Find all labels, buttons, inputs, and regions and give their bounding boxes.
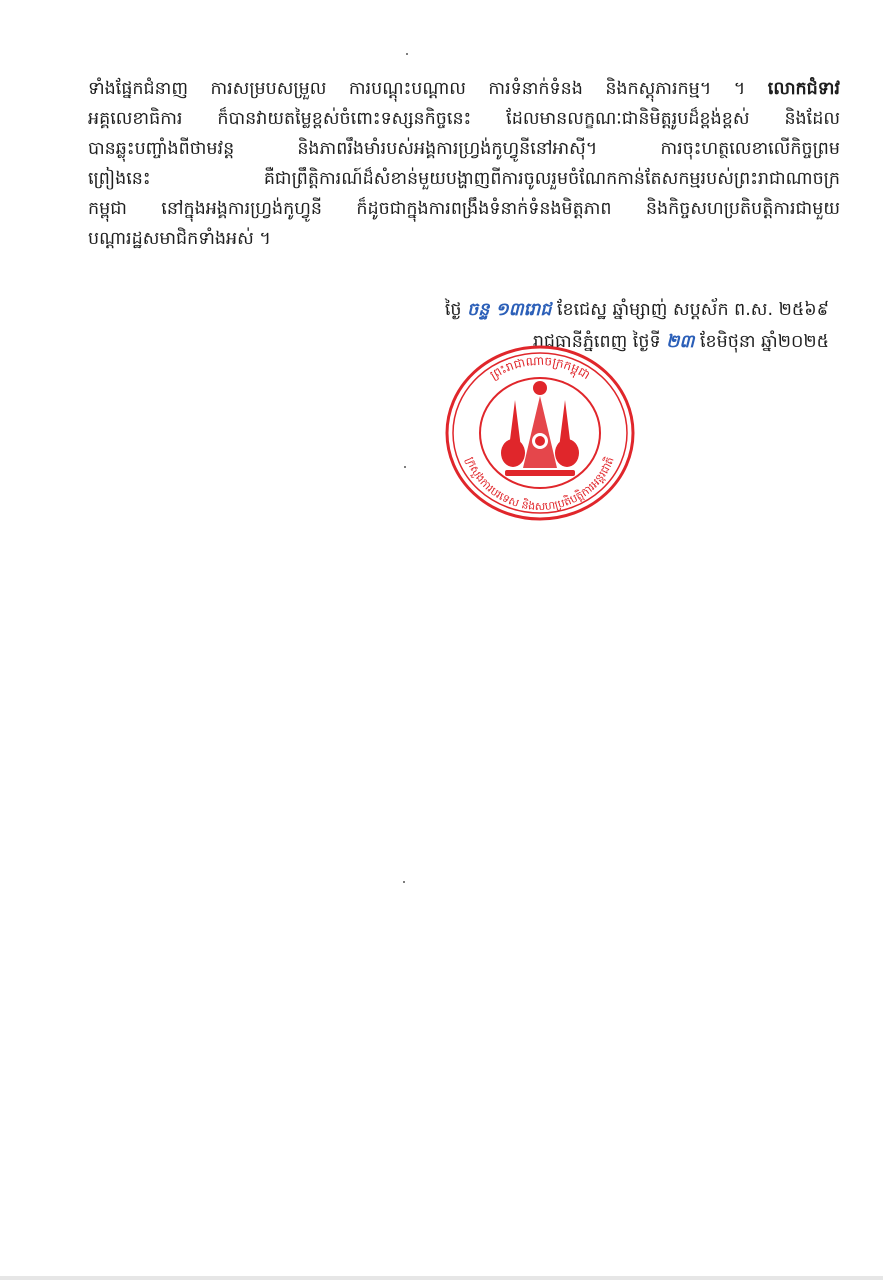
lunar-date: ថ្ងៃ ចន្ទ ១៣រោជ ខែជេស្ឋ ឆ្នាំម្សាញ់ សប្ត… xyxy=(445,298,829,324)
honorific: លោកជំទាវ xyxy=(768,79,840,99)
scan-dot xyxy=(406,53,408,55)
scan-dot xyxy=(403,881,405,883)
paragraph-line: កម្ពុជា នៅក្នុងអង្គការហ្វ្រង់កូហ្វូនី ក៏… xyxy=(88,194,840,224)
scan-dot xyxy=(404,466,406,468)
paragraph-line: បានឆ្លុះបញ្ចាំងពីថាមវន្ត និងភាពរឹងមាំរបស… xyxy=(88,134,840,164)
handwritten-day: ចន្ទ ១៣រោជ xyxy=(467,300,551,320)
handwritten-day: ២៣ xyxy=(666,332,694,352)
paragraph-line: ព្រៀងនេះ គឺជាព្រឹត្តិការណ៍ដ៏សំខាន់មួយបង្… xyxy=(88,164,840,194)
official-seal-icon: ព្រះរាជាណាចក្រកម្ពុជា ក្រសួងការបរទេស និង… xyxy=(443,338,638,523)
paragraph-line: ទាំងផ្នែកជំនាញ ការសម្របសម្រួល ការបណ្តុះប… xyxy=(88,74,840,104)
paragraph-line: បណ្តារដ្ឋសមាជិកទាំងអស់ ។ xyxy=(88,224,840,254)
paragraph-line: អគ្គលេខាធិការ ក៏បានវាយតម្លៃខ្ពស់ចំពោះទស្… xyxy=(88,104,840,134)
page-edge xyxy=(0,1276,883,1280)
body-paragraph: ទាំងផ្នែកជំនាញ ការសម្របសម្រួល ការបណ្តុះប… xyxy=(88,74,840,254)
